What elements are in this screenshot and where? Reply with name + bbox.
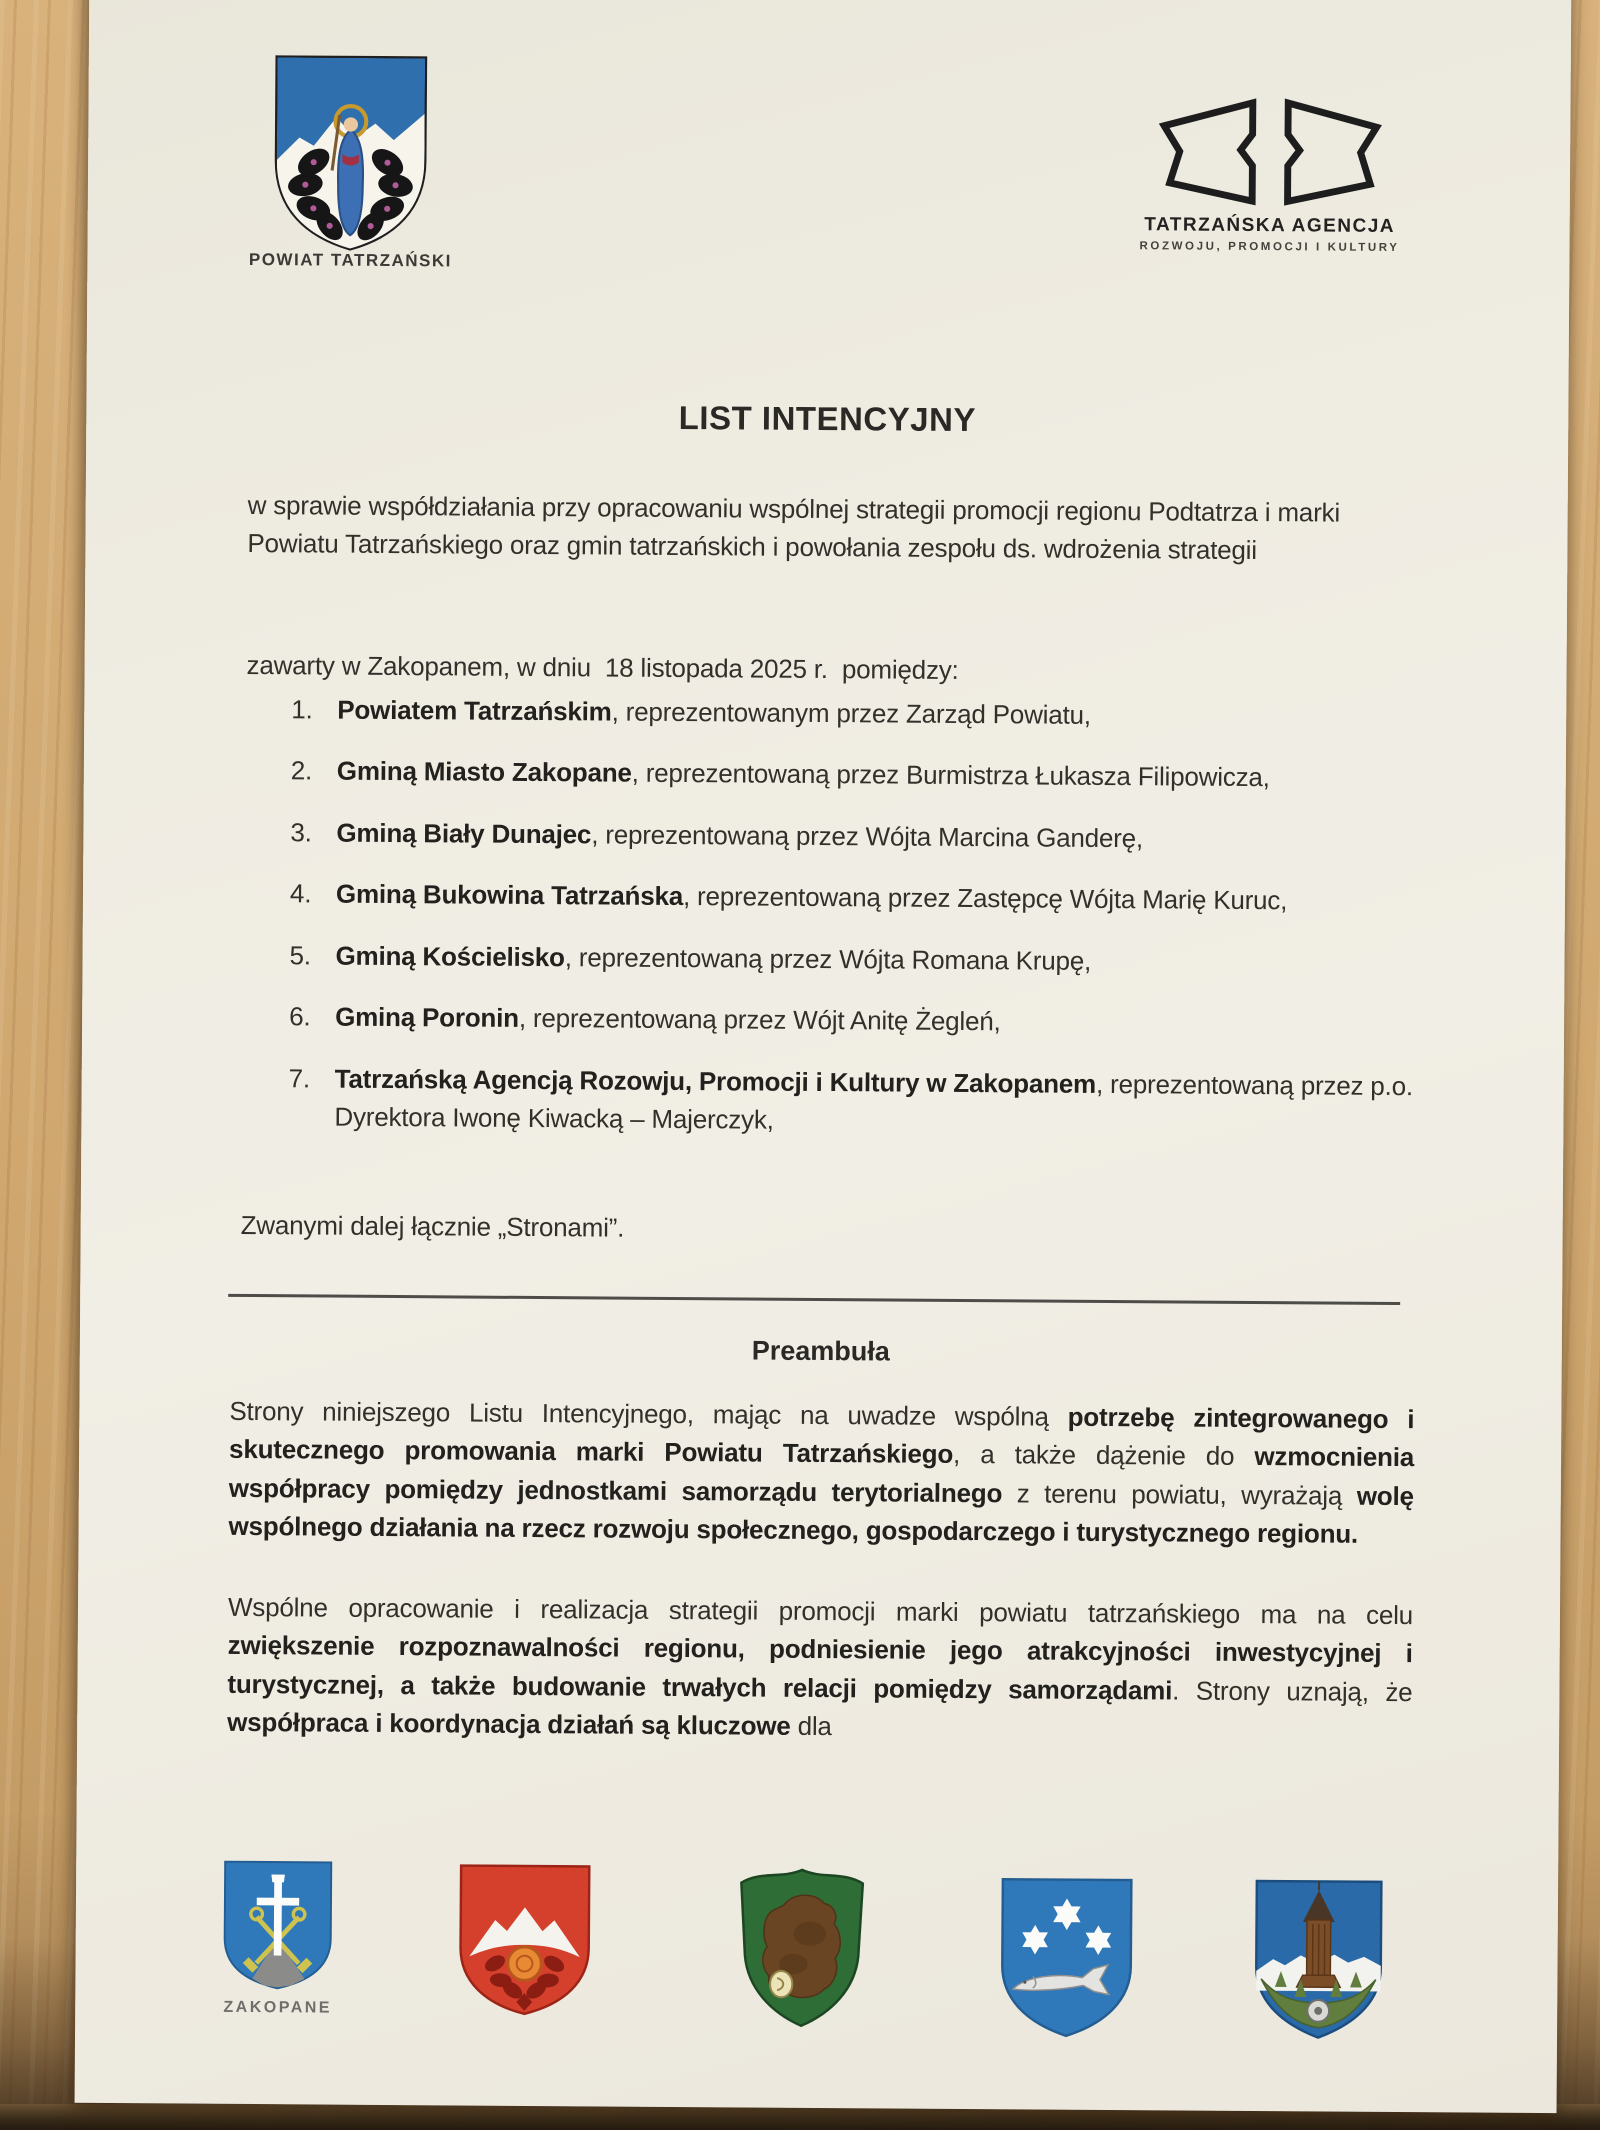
party-item: 2.Gminą Miasto Zakopane, reprezentowaną … (291, 752, 1431, 798)
preamble-paragraphs: Strony niniejszego Listu Intencyjnego, m… (227, 1392, 1415, 1792)
parties-list: 1.Powiatem Tatrzańskim, reprezentowanym … (288, 690, 1431, 1167)
party-number: 2. (291, 752, 337, 791)
party-item: 4.Gminą Bukowina Tatrzańska, reprezentow… (290, 875, 1430, 921)
party-item: 7.Tatrzańską Agencją Rozowju, Promocji i… (288, 1059, 1429, 1144)
document-title: LIST INTENCYJNY (86, 395, 1568, 443)
poronin-crest-icon (995, 1874, 1138, 2043)
party-text: Gminą Kościelisko, reprezentowaną przez … (335, 936, 1429, 982)
party-item: 5.Gminą Kościelisko, reprezentowaną prze… (289, 936, 1429, 982)
zakopane-crest-icon (217, 1857, 338, 1993)
agency-subtitle: ROZWOJU, PROMOCJI I KULTURY (1124, 240, 1414, 254)
party-number: 1. (291, 690, 337, 729)
party-text: Gminą Poronin, reprezentowaną przez Wójt… (335, 998, 1429, 1044)
preamble-paragraph: Strony niniejszego Listu Intencyjnego, m… (228, 1392, 1414, 1554)
bialy-dunajec-crest-icon (455, 1860, 594, 2019)
section-divider (228, 1294, 1400, 1305)
preamble-paragraph: Wspólne opracowanie i realizacja strateg… (227, 1588, 1413, 1750)
photo-of-document: POWIAT TATRZAŃSKI TATRZAŃSKA AGENCJA ROZ… (0, 0, 1600, 2130)
party-number: 5. (289, 936, 335, 975)
party-text: Tatrzańską Agencją Rozowju, Promocji i K… (334, 1059, 1429, 1144)
closing-line: Zwanymi dalej łącznie „Stronami”. (241, 1206, 1406, 1253)
party-item: 6.Gminą Poronin, reprezentowaną przez Wó… (289, 998, 1429, 1044)
zakopane-crest-label: ZAKOPANE (200, 1999, 355, 2018)
party-number: 3. (290, 813, 336, 852)
party-item: 1.Powiatem Tatrzańskim, reprezentowanym … (291, 690, 1431, 736)
party-item: 3.Gminą Biały Dunajec, reprezentowaną pr… (290, 813, 1430, 859)
bukowina-tatrzanska-crest-icon (730, 1862, 873, 2035)
party-text: Gminą Miasto Zakopane, reprezentowaną pr… (337, 752, 1431, 798)
party-number: 6. (289, 998, 335, 1037)
party-text: Gminą Bukowina Tatrzańska, reprezentowan… (336, 875, 1430, 921)
powiat-caption: POWIAT TATRZAŃSKI (225, 250, 475, 272)
powiat-tatrzanski-crest-icon (267, 49, 433, 255)
party-text: Powiatem Tatrzańskim, reprezentowanym pr… (337, 691, 1431, 737)
subject-paragraph: w sprawie współdziałania przy opracowani… (247, 486, 1413, 571)
agency-name: TATRZAŃSKA AGENCJA (1125, 214, 1415, 238)
paper-sheet: POWIAT TATRZAŃSKI TATRZAŃSKA AGENCJA ROZ… (75, 0, 1572, 2113)
party-number: 7. (288, 1059, 335, 1136)
koscielisko-crest-icon (1250, 1876, 1387, 2045)
tatrzanska-agencja-logo-icon (1150, 90, 1391, 210)
date-line: zawarty w Zakopanem, w dniu 18 listopada… (246, 646, 1411, 693)
preamble-heading: Preambuła (80, 1331, 1562, 1372)
party-text: Gminą Biały Dunajec, reprezentowaną prze… (336, 814, 1430, 860)
party-number: 4. (290, 875, 336, 914)
